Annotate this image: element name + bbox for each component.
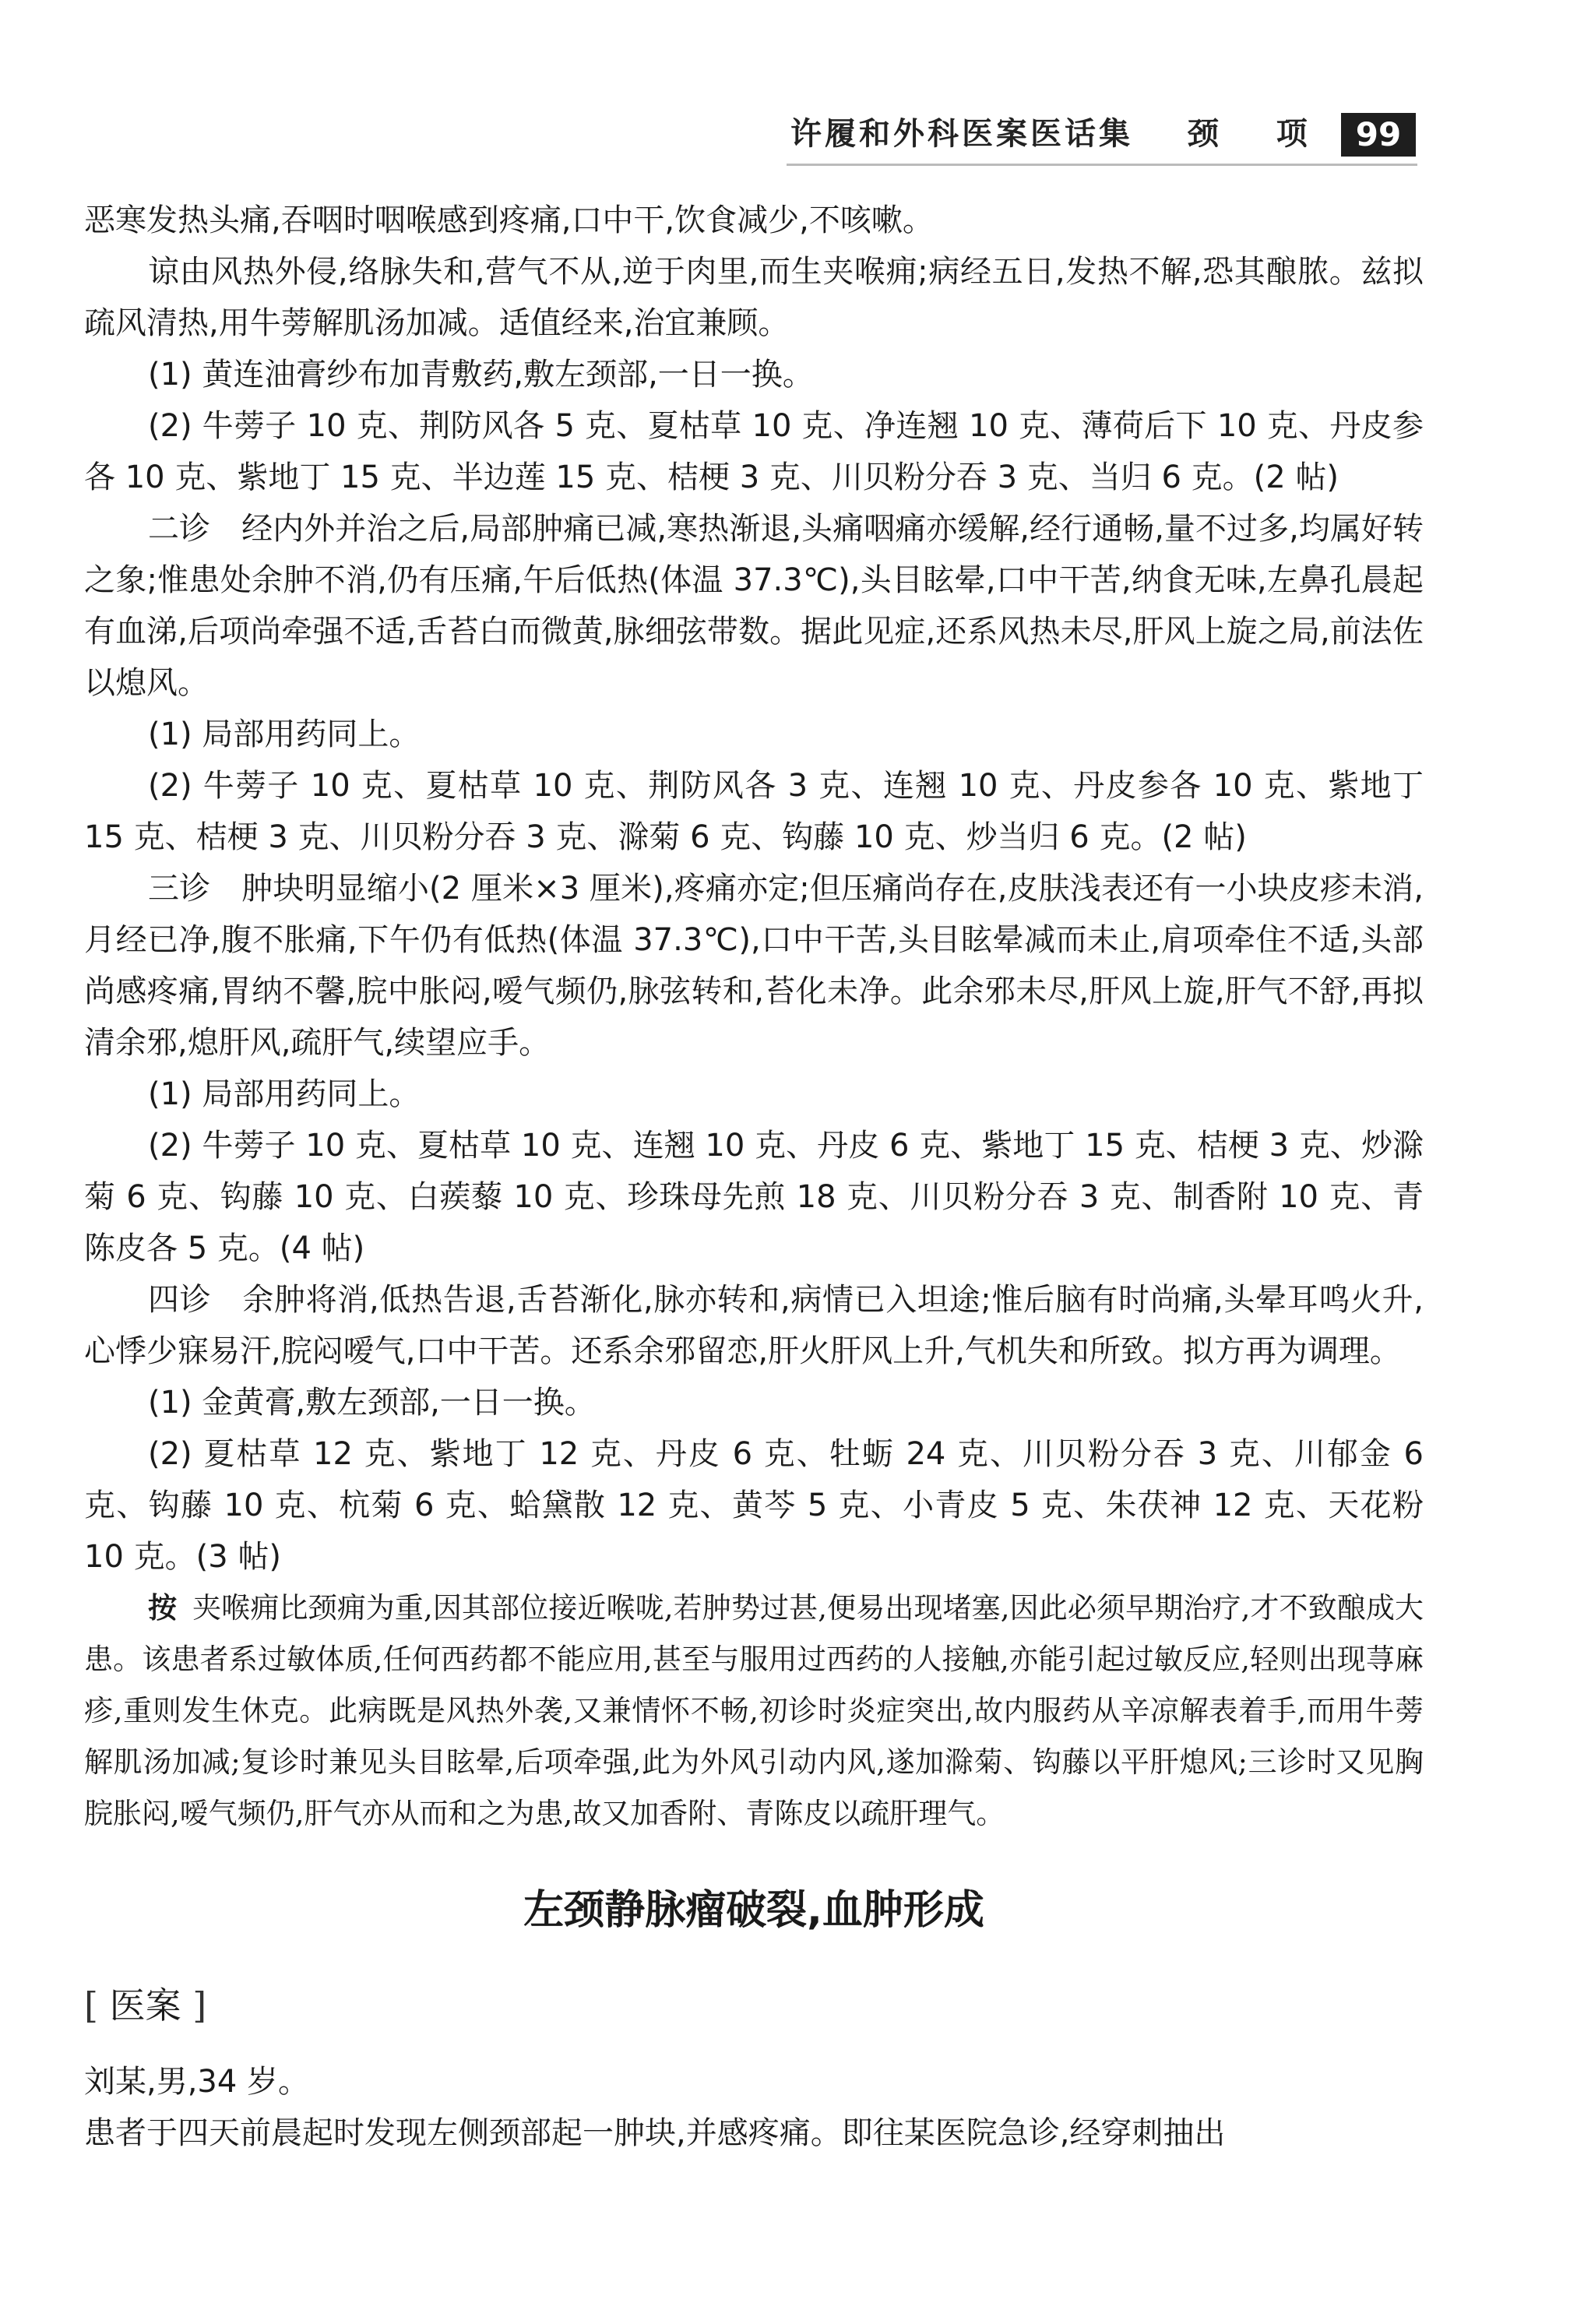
header-rule (787, 164, 1417, 166)
page-body: 恶寒发热头痛,吞咽时咽喉感到疼痛,口中干,饮食减少,不咳嗽。 谅由风热外侵,络脉… (84, 195, 1424, 2159)
prescription-item: (2) 牛蒡子 10 克、夏枯草 10 克、荆防风各 3 克、连翘 10 克、丹… (84, 760, 1424, 863)
prescription-item: (2) 牛蒡子 10 克、夏枯草 10 克、连翘 10 克、丹皮 6 克、紫地丁… (84, 1120, 1424, 1274)
prescription-item: (1) 局部用药同上。 (84, 709, 1424, 760)
visit-label: 二诊 (148, 511, 210, 547)
page-header: 许履和外科医案医话集 颈 项 部 99 (0, 0, 1570, 202)
visit-4: 四诊余肿将消,低热告退,舌苔渐化,脉亦转和,病情已入坦途;惟后脑有时尚痛,头晕耳… (84, 1274, 1424, 1377)
running-head: 许履和外科医案医话集 颈 项 部 (790, 109, 1399, 153)
section-char-2: 项 (1276, 116, 1311, 152)
commentary-text: 夹喉痈比颈痈为重,因其部位接近喉咙,若肿势过甚,便易出现堵塞,因此必须早期治疗,… (84, 1591, 1424, 1830)
bracket-open: [ (84, 1984, 98, 2026)
prescription-item: (2) 夏枯草 12 克、紫地丁 12 克、丹皮 6 克、牡蛎 24 克、川贝粉… (84, 1428, 1424, 1583)
visit-text: 肿块明显缩小(2 厘米×3 厘米),疼痛亦定;但压痛尚存在,皮肤浅表还有一小块皮… (84, 871, 1424, 1061)
visit-text: 余肿将消,低热告退,舌苔渐化,脉亦转和,病情已入坦途;惟后脑有时尚痛,头晕耳鸣火… (84, 1282, 1424, 1369)
case-history: 患者于四天前晨起时发现左侧颈部起一肿块,并感疼痛。即往某医院急诊,经穿刺抽出 (84, 2107, 1424, 2159)
visit-label: 三诊 (148, 871, 210, 907)
prescription-item: (1) 局部用药同上。 (84, 1069, 1424, 1120)
visit-2: 二诊经内外并治之后,局部肿痛已减,寒热渐退,头痛咽痛亦缓解,经行通畅,量不过多,… (84, 503, 1424, 709)
commentary: 按夹喉痈比颈痈为重,因其部位接近喉咙,若肿势过甚,便易出现堵塞,因此必须早期治疗… (84, 1583, 1424, 1840)
prescription-item: (1) 黄连油膏纱布加青敷药,敷左颈部,一日一换。 (84, 349, 1424, 400)
subsection-heading: [ 医案 ] (84, 1978, 1424, 2033)
prescription-item: (1) 金黄膏,敷左颈部,一日一换。 (84, 1377, 1424, 1428)
visit-label: 四诊 (148, 1282, 211, 1318)
section-char-1: 颈 (1188, 116, 1222, 152)
patient-info: 刘某,男,34 岁。 (84, 2056, 1424, 2107)
paragraph: 恶寒发热头痛,吞咽时咽喉感到疼痛,口中干,饮食减少,不咳嗽。 (84, 195, 1424, 246)
prescription-item: (2) 牛蒡子 10 克、荆防风各 5 克、夏枯草 10 克、净连翘 10 克、… (84, 400, 1424, 503)
bracket-close: ] (192, 1984, 206, 2026)
case-title: 左颈静脉瘤破裂,血肿形成 (84, 1883, 1424, 1938)
subsection-label: 医案 (110, 1984, 181, 2026)
paragraph: 谅由风热外侵,络脉失和,营气不从,逆于肉里,而生夹喉痈;病经五日,发热不解,恐其… (84, 246, 1424, 349)
commentary-label: 按 (148, 1591, 177, 1625)
page-number: 99 (1341, 113, 1416, 157)
visit-3: 三诊肿块明显缩小(2 厘米×3 厘米),疼痛亦定;但压痛尚存在,皮肤浅表还有一小… (84, 863, 1424, 1069)
visit-text: 经内外并治之后,局部肿痛已减,寒热渐退,头痛咽痛亦缓解,经行通畅,量不过多,均属… (84, 511, 1424, 701)
book-title: 许履和外科医案医话集 (790, 116, 1133, 152)
